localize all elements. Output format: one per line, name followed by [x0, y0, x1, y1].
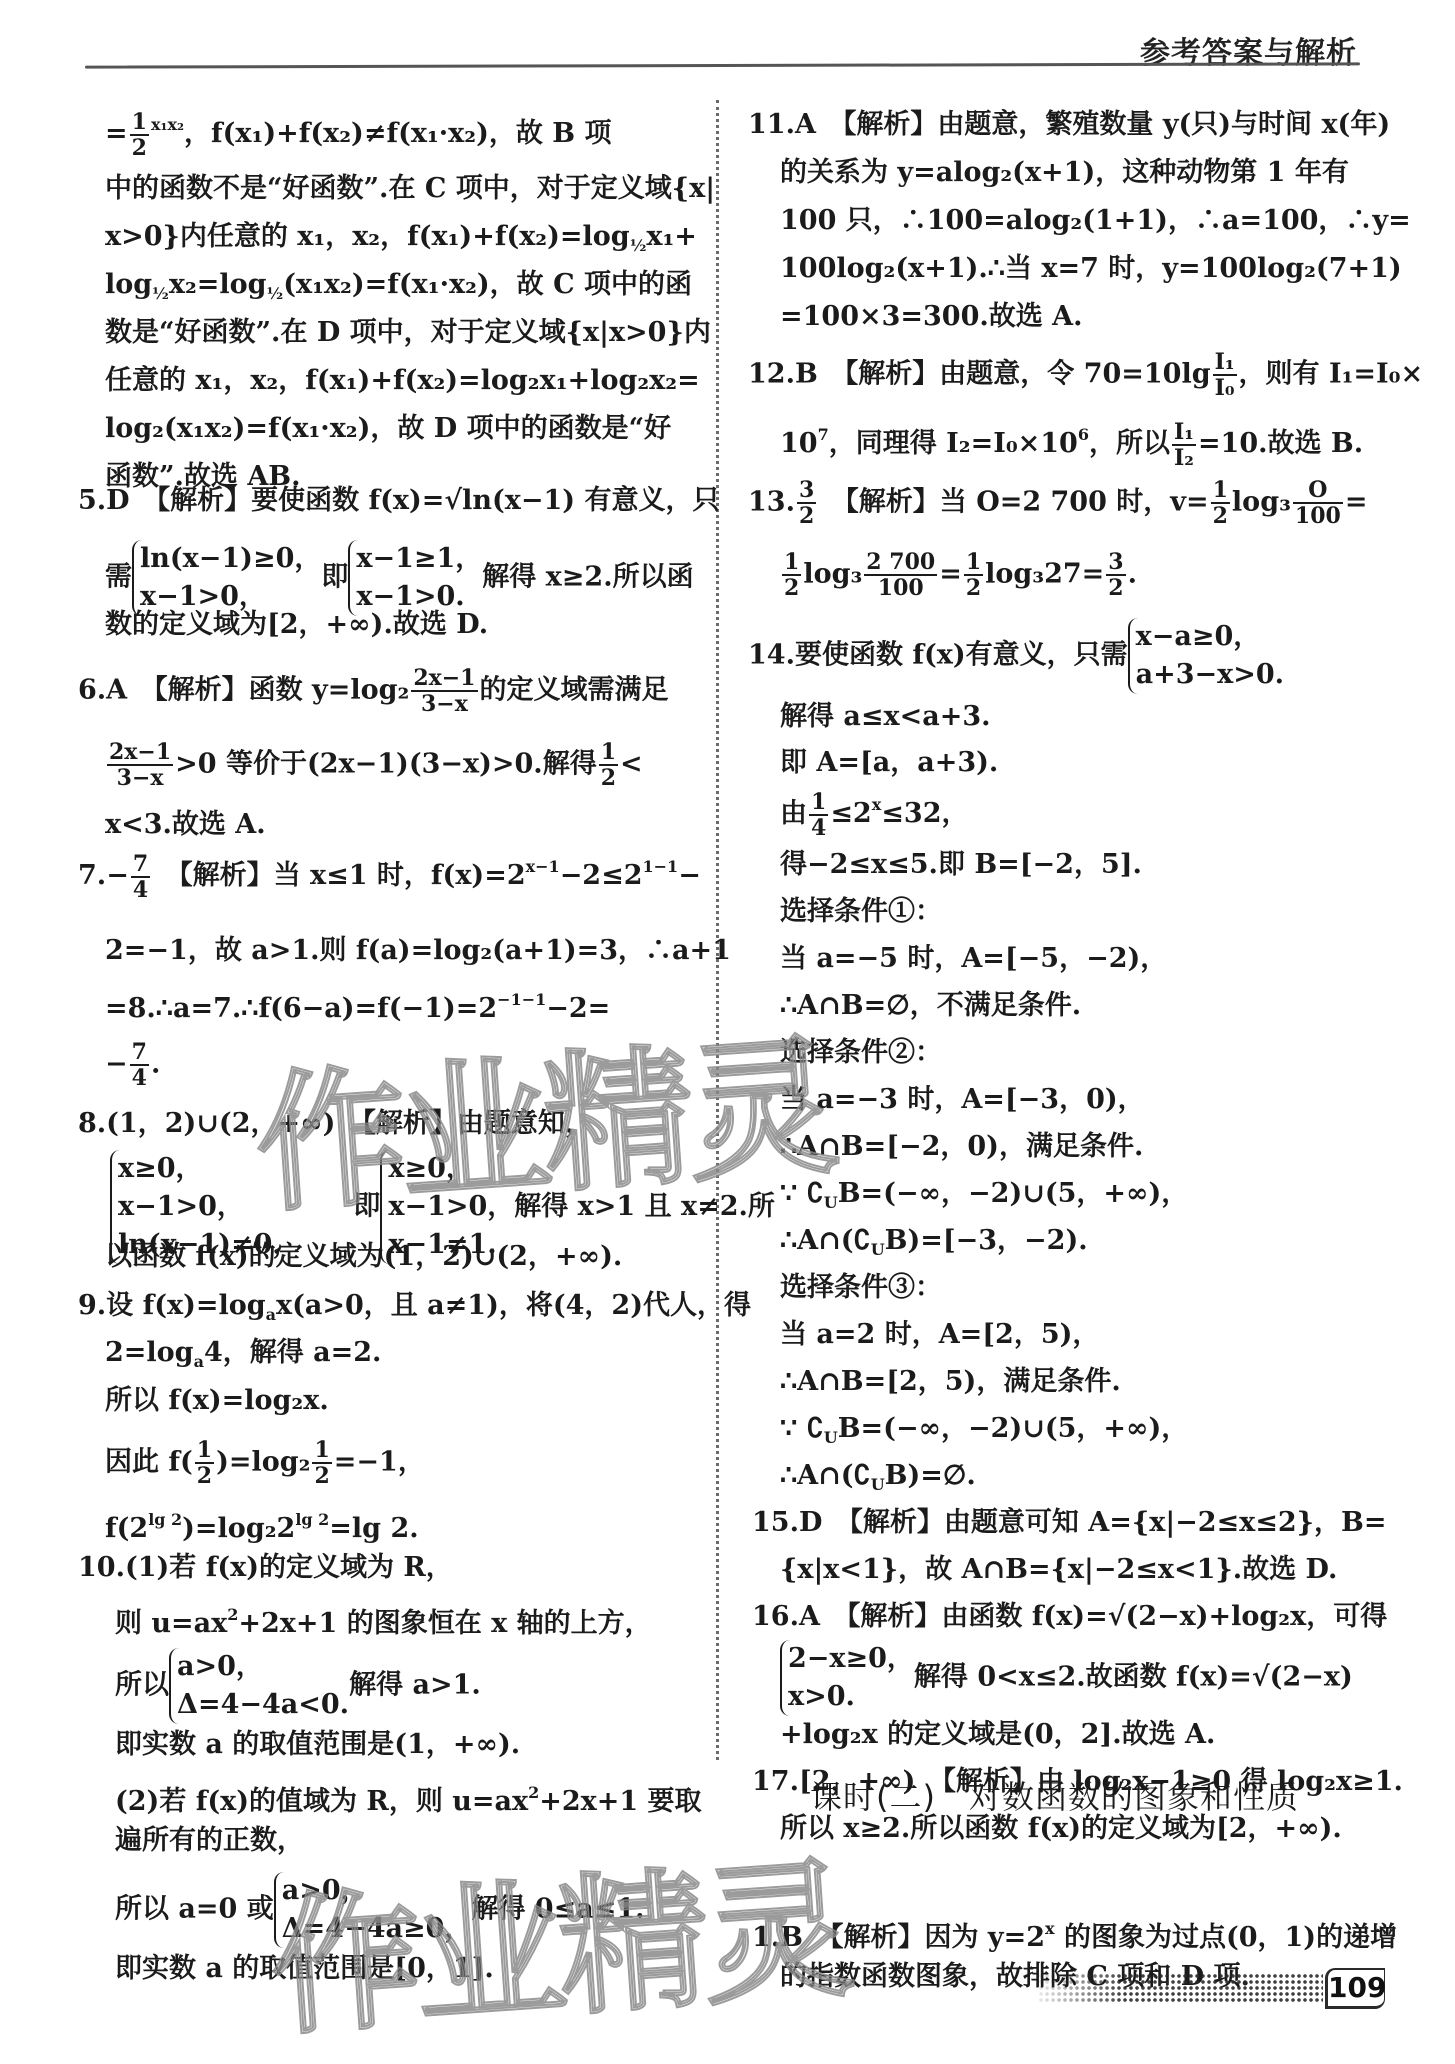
text-run: ≤32，	[881, 798, 968, 829]
text-run: 选择条件③：	[780, 1272, 942, 1303]
text-run: (2)若 f(x)的值域为 R，则 u=ax	[115, 1786, 528, 1817]
text-run: )=log₂2	[182, 1513, 295, 1544]
fraction-numerator: O	[1293, 478, 1343, 504]
fraction: 12	[312, 1438, 331, 1488]
system-lines: ln(x−1)≥0，x−1>0，	[132, 540, 321, 616]
text-run: =	[1345, 487, 1368, 518]
text-run: =100×3=300.故选 A.	[780, 301, 1083, 332]
text-run: 数是“好函数”.在 D 项中，对于定义域{x|x>0}内	[105, 317, 711, 348]
text-run: 任意的 x₁，x₂，f(x₁)+f(x₂)=log₂x₁+log₂x₂=	[105, 365, 700, 396]
text-run: 当 a=−5 时，A=[−5，−2)，	[780, 943, 1167, 974]
text-run: ∴A∩B=[2，5)，满足条件.	[780, 1366, 1121, 1397]
text-line: 当 a=−3 时，A=[−3，0)，	[780, 1083, 1145, 1117]
text-run: 当 O=2 700 时，v=	[940, 487, 1209, 518]
text-run: 当 x≤1 时，f(x)=2	[274, 860, 526, 891]
fraction-denominator: 4	[809, 816, 828, 840]
fraction-denominator: 2	[312, 1464, 331, 1488]
answer-label: 13.	[748, 487, 795, 518]
text-run: .	[151, 1049, 160, 1080]
fraction: 32	[1106, 550, 1125, 600]
text-run: =	[939, 559, 962, 590]
fraction-numerator: 3	[797, 478, 816, 504]
fraction-denominator: 2	[195, 1464, 214, 1488]
fraction-denominator: 100	[864, 576, 937, 600]
answer-label: 16.A 【解析】	[752, 1601, 941, 1632]
text-run: 以函数 f(x)的定义域为(1，2)∪(2，+∞).	[105, 1241, 622, 1272]
fraction-numerator: 1	[809, 790, 828, 816]
text-line: x>0}内任意的 x₁，x₂，f(x₁)+f(x₂)=log½x₁+	[105, 220, 697, 263]
text-line: 9.设 f(x)=logax(a>0，且 a≠1)，将(4，2)代人，得	[78, 1289, 751, 1332]
column-divider	[716, 100, 719, 1760]
equation-system: a>0，Δ=4−4a<0.	[169, 1648, 349, 1724]
text-line: 15.D 【解析】由题意可知 A={x|−2≤x≤2}，B=	[752, 1506, 1387, 1540]
text-line: 107，同理得 I₂=I₀×106，所以I₁I₂=10.故选 B.	[780, 418, 1363, 470]
text-line: 13.32 【解析】当 O=2 700 时，v=12log₃O100=	[748, 478, 1367, 528]
text-line: 数是“好函数”.在 D 项中，对于定义域{x|x>0}内	[105, 316, 711, 350]
text-run: =10.故选 B.	[1198, 428, 1363, 459]
text-run: 选择条件①：	[780, 896, 942, 927]
fraction-numerator: 2x−1	[107, 740, 173, 766]
text-line: 以函数 f(x)的定义域为(1，2)∪(2，+∞).	[105, 1240, 622, 1274]
subscript: U	[824, 1428, 838, 1447]
text-run: (x₁x₂)=f(x₁·x₂)，故 C 项中的函	[283, 269, 692, 300]
text-run: )=log₂	[216, 1447, 310, 1478]
subscript: U	[871, 1475, 885, 1494]
fraction: 74	[131, 852, 150, 902]
fraction-denominator: 2	[797, 504, 816, 528]
text-run: 由题意，繁殖数量 y(只)与时间 x(年)	[937, 109, 1390, 140]
answer-label: 11.A 【解析】	[748, 109, 937, 140]
text-line: 2−x≥0，x>0.解得 0<x≤2.故函数 f(x)=√(2−x)	[780, 1640, 1353, 1716]
fraction: O100	[1293, 478, 1343, 528]
equation-system: ln(x−1)≥0，x−1>0，	[132, 540, 321, 616]
text-run: {x|x<1}，故 A∩B={x|−2≤x<1}.故选 D.	[780, 1554, 1337, 1585]
system-line: x−1>0，解得 x>1 且 x≠2.所	[388, 1188, 775, 1226]
subscript: U	[871, 1240, 885, 1259]
text-run: 9.设 f(x)=log	[78, 1290, 266, 1321]
text-line: 100log₂(x+1).∴当 x=7 时，y=100log₂(7+1)	[780, 252, 1402, 286]
subscript: ½	[152, 284, 169, 303]
text-run: B=(−∞，−2)∪(5，+∞)，	[838, 1413, 1189, 1444]
text-run: 即实数 a 的取值范围是(1，+∞).	[115, 1729, 520, 1760]
text-run: log₂(x₁x₂)=f(x₁·x₂)，故 D 项中的函数是“好	[105, 413, 671, 444]
system-lines: a>0，Δ=4−4a≥0，	[274, 1872, 472, 1948]
text-line: 10.(1)若 f(x)的定义域为 R，	[78, 1551, 453, 1585]
text-run: =−1，	[334, 1447, 425, 1478]
subscript: a	[266, 1305, 276, 1324]
answer-label: 15.D 【解析】	[752, 1507, 944, 1538]
system-line: a>0，	[177, 1648, 349, 1686]
superscript: 6	[1078, 425, 1089, 444]
text-run: 由题意可知 A={x|−2≤x≤2}，B=	[944, 1507, 1387, 1538]
text-run: log₃	[803, 559, 862, 590]
text-run: x<3.故选 A.	[105, 809, 266, 840]
fraction: 12	[1211, 478, 1230, 528]
text-run: −2≤2	[560, 860, 643, 891]
text-run: 数的定义域为[2，+∞).故选 D.	[105, 609, 488, 640]
text-run: −	[105, 1049, 128, 1080]
fraction-numerator: 7	[130, 1040, 149, 1066]
text-run: f(2	[105, 1513, 148, 1544]
system-lines: x−1≥1，x−1>0.	[348, 540, 482, 616]
fraction-denominator: I₀	[1213, 376, 1237, 400]
text-run: =	[105, 118, 128, 149]
text-run: ∴A∩B=∅，不满足条件.	[780, 990, 1081, 1021]
fraction-denominator: 100	[1293, 504, 1343, 528]
text-line: 所以 a=0 或a>0，Δ=4−4a≥0，解得 0≤a≤1.	[115, 1872, 645, 1948]
text-run: 即	[321, 562, 348, 593]
text-run: 解得 0<x≤2.故函数 f(x)=√(2−x)	[914, 1662, 1353, 1693]
text-run: 所以	[115, 1670, 169, 1701]
text-run: 当 a=2 时，A=[2，5)，	[780, 1319, 1099, 1350]
text-line: −74.	[105, 1040, 160, 1090]
text-run: x₁+	[646, 221, 697, 252]
text-run: 要使函数 f(x)=√ln(x−1) 有意义，只	[251, 485, 719, 516]
text-line: 中的函数不是“好函数”.在 C 项中，对于定义域{x|	[105, 172, 715, 206]
text-line: 即 A=[a，a+3).	[780, 746, 998, 780]
fraction-numerator: 2x−1	[411, 666, 477, 692]
fraction-numerator: 1	[782, 550, 801, 576]
text-run: 即	[299, 1191, 380, 1222]
fraction-denominator: 2	[782, 576, 801, 600]
fraction: 12	[130, 110, 149, 160]
text-run: 遍所有的正数，	[115, 1825, 304, 1856]
text-run: 即 A=[a，a+3).	[780, 747, 998, 778]
text-line: f(2lg 2)=log₂2lg 2=lg 2.	[105, 1503, 419, 1546]
fraction: 12	[599, 740, 618, 790]
text-line: 即实数 a 的取值范围是(1，+∞).	[115, 1728, 520, 1762]
subscript: ½	[630, 236, 647, 255]
fraction-denominator: 2	[599, 766, 618, 790]
text-line: 选择条件②：	[780, 1036, 942, 1070]
system-lines: 2−x≥0，x>0.	[780, 1640, 914, 1716]
system-lines: a>0，Δ=4−4a<0.	[169, 1648, 349, 1724]
fraction-numerator: I₁	[1213, 350, 1237, 376]
text-line: 遍所有的正数，	[115, 1824, 304, 1858]
system-line: a+3−x>0.	[1136, 656, 1284, 694]
text-run: 的定义域需满足	[480, 675, 669, 706]
text-run: +2x+1 的图象恒在 x 轴的上方，	[238, 1608, 651, 1639]
text-line: 即实数 a 的取值范围是[0，1].	[115, 1952, 494, 1986]
fraction-numerator: I₁	[1172, 420, 1196, 446]
system-line: x≥0，	[388, 1150, 775, 1188]
text-run: ≤2	[830, 798, 871, 829]
text-line: 当 a=2 时，A=[2，5)，	[780, 1318, 1099, 1352]
text-line: 的关系为 y=alog₂(x+1)，这种动物第 1 年有	[780, 156, 1349, 190]
text-run: 选择条件②：	[780, 1037, 942, 1068]
superscript: x	[1045, 1919, 1055, 1938]
text-run: 由题意，令 70=10lg	[939, 359, 1210, 390]
text-line: =100×3=300.故选 A.	[780, 300, 1083, 334]
text-run: +log₂x 的定义域是(0，2].故选 A.	[780, 1719, 1215, 1750]
equation-system: x−1≥1，x−1>0.	[348, 540, 482, 616]
footer-dot-pattern	[1038, 1973, 1323, 2003]
text-run: −2=	[546, 993, 610, 1024]
text-run: −	[678, 860, 701, 891]
text-run: 需	[105, 562, 132, 593]
text-line: 100 只，∴100=alog₂(1+1)，∴a=100，∴y=	[780, 204, 1411, 238]
superscript: x₁x₂	[151, 115, 184, 134]
text-run: log₃	[1232, 487, 1291, 518]
text-run: <	[620, 749, 643, 780]
page-number: 109	[1325, 1968, 1385, 2009]
subscript: U	[824, 1193, 838, 1212]
answer-label: 【解析】	[152, 860, 274, 891]
text-run: 解得 0≤a≤1.	[471, 1894, 644, 1925]
answer-label: 7.	[78, 860, 106, 891]
text-line: ∵ ∁UB=(−∞，−2)∪(5，+∞)，	[780, 1412, 1188, 1455]
text-run: ∵ ∁	[780, 1178, 824, 1209]
text-run: 由题意知，	[457, 1108, 592, 1139]
text-run: +2x+1 要取	[539, 1786, 701, 1817]
text-run: 即实数 a 的取值范围是[0，1].	[115, 1953, 494, 1984]
fraction: 2x−13−x	[411, 666, 477, 716]
system-line: x−a≥0，	[1136, 618, 1284, 656]
superscript: 2	[528, 1783, 539, 1802]
text-run: 得−2≤x≤5.即 B=[−2，5].	[780, 849, 1142, 880]
system-line: x−1≥1，	[356, 540, 482, 578]
text-line: 2=−1，故 a>1.则 f(a)=log₂(a+1)=3，∴a+1	[105, 934, 731, 968]
text-line: 8.(1，2)∪(2，+∞) 【解析】由题意知，	[78, 1107, 592, 1141]
text-run: ，同理得 I₂=I₀×10	[829, 428, 1078, 459]
text-line: 2=loga4，解得 a=2.	[105, 1336, 381, 1379]
fraction-denominator: 3−x	[411, 692, 477, 716]
fraction-numerator: 1	[195, 1438, 214, 1464]
text-run: x₂=log	[169, 269, 267, 300]
text-line: 11.A 【解析】由题意，繁殖数量 y(只)与时间 x(年)	[748, 108, 1390, 142]
fraction-denominator: 2	[964, 576, 983, 600]
text-run: 100 只，∴100=alog₂(1+1)，∴a=100，∴y=	[780, 205, 1411, 236]
fraction-numerator: 1	[130, 110, 149, 136]
text-line: x<3.故选 A.	[105, 808, 266, 842]
fraction-numerator: 1	[964, 550, 983, 576]
superscript: −1−1	[497, 990, 546, 1009]
text-run: x>0}内任意的 x₁，x₂，f(x₁)+f(x₂)=log	[105, 221, 630, 252]
fraction: 12	[782, 550, 801, 600]
fraction-numerator: 7	[131, 852, 150, 878]
text-line: log₂(x₁x₂)=f(x₁·x₂)，故 D 项中的函数是“好	[105, 412, 671, 446]
text-line: 当 a=−5 时，A=[−5，−2)，	[780, 942, 1167, 976]
fraction-denominator: 4	[131, 878, 150, 902]
text-run: 解得 x≥2.所以函	[482, 562, 693, 593]
text-run: =8.∴a=7.∴f(6−a)=f(−1)=2	[105, 993, 497, 1024]
text-run: 2=log	[105, 1337, 194, 1368]
text-run: ∵ ∁	[780, 1413, 824, 1444]
text-run: log₃27=	[985, 559, 1104, 590]
fraction: I₁I₀	[1213, 350, 1237, 400]
text-run: ，所以	[1089, 428, 1170, 459]
text-run: ，则有 I₁=I₀×	[1239, 359, 1424, 390]
fraction: 12	[195, 1438, 214, 1488]
text-run: >0 等价于(2x−1)(3−x)>0.解得	[175, 749, 597, 780]
system-line: Δ=4−4a<0.	[177, 1686, 349, 1724]
text-run: .	[1128, 559, 1137, 590]
superscript: lg 2	[295, 1510, 329, 1529]
text-run: 的图象为过点(0，1)的递增	[1055, 1922, 1398, 1953]
text-run: 因此 f(	[105, 1447, 193, 1478]
superscript: x−1	[526, 857, 560, 876]
text-run: 由	[780, 798, 807, 829]
text-run: 所以 f(x)=log₂x.	[105, 1385, 329, 1416]
text-line: +log₂x 的定义域是(0，2].故选 A.	[780, 1718, 1215, 1752]
text-run: −	[106, 860, 129, 891]
text-line: 12log₃2 700100=12log₃27=32.	[780, 550, 1137, 600]
text-run: x(a>0，且 a≠1)，将(4，2)代人，得	[276, 1290, 751, 1321]
fraction: 2x−13−x	[107, 740, 173, 790]
text-line: ∵ ∁UB=(−∞，−2)∪(5，+∞)，	[780, 1177, 1188, 1220]
text-line: 12.B 【解析】由题意，令 70=10lgI₁I₀，则有 I₁=I₀×	[748, 350, 1423, 400]
text-line: ∴A∩B=∅，不满足条件.	[780, 989, 1081, 1023]
text-run: 4，解得 a=2.	[204, 1337, 382, 1368]
text-run: 当 a=−3 时，A=[−3，0)，	[780, 1084, 1145, 1115]
text-run: 中的函数不是“好函数”.在 C 项中，对于定义域{x|	[105, 173, 715, 204]
system-line: a>0，	[282, 1872, 472, 1910]
system-line: x−1>0，	[118, 1188, 299, 1226]
text-line: 1.B 【解析】因为 y=2x 的图象为过点(0，1)的递增	[752, 1912, 1397, 1955]
text-run: 100log₂(x+1).∴当 x=7 时，y=100log₂(7+1)	[780, 253, 1402, 284]
fraction-numerator: 3	[1106, 550, 1125, 576]
fraction: 2 700100	[864, 550, 937, 600]
text-run: 因为 y=2	[925, 1922, 1046, 1953]
system-lines: x−a≥0，a+3−x>0.	[1128, 618, 1284, 694]
text-line: 则 u=ax2+2x+1 的图象恒在 x 轴的上方，	[115, 1598, 652, 1641]
text-line: ∴A∩(∁UB)=∅.	[780, 1459, 976, 1502]
text-line: 解得 a≤x<a+3.	[780, 700, 991, 734]
superscript: 2	[227, 1605, 238, 1624]
text-line: {x|x<1}，故 A∩B={x|−2≤x<1}.故选 D.	[780, 1553, 1337, 1587]
text-run: ∴A∩(∁	[780, 1460, 871, 1491]
text-line: 7.−74 【解析】当 x≤1 时，f(x)=2x−1−2≤21−1−	[78, 850, 701, 902]
fraction: 12	[964, 550, 983, 600]
text-run: 14.要使函数 f(x)有意义，只需	[748, 640, 1128, 671]
superscript: x	[872, 795, 882, 814]
text-run: B)=∅.	[885, 1460, 976, 1491]
text-run: B=(−∞，−2)∪(5，+∞)，	[838, 1178, 1189, 1209]
text-run: 所以 a=0 或	[115, 1894, 274, 1925]
answer-label: 6.A 【解析】	[78, 675, 249, 706]
system-line: Δ=4−4a≥0，	[282, 1910, 472, 1948]
system-line: x>0.	[788, 1678, 914, 1716]
text-line: 数的定义域为[2，+∞).故选 D.	[105, 608, 488, 642]
text-line: =12x₁x₂，f(x₁)+f(x₂)≠f(x₁·x₂)，故 B 项	[105, 108, 611, 160]
fraction-numerator: 1	[599, 740, 618, 766]
text-line: 需ln(x−1)≥0，x−1>0，即x−1≥1，x−1>0.解得 x≥2.所以函	[105, 540, 694, 616]
text-run: 的关系为 y=alog₂(x+1)，这种动物第 1 年有	[780, 157, 1349, 188]
text-line: 6.A 【解析】函数 y=log₂2x−13−x的定义域需满足	[78, 666, 669, 716]
answer-page: 参考答案与解析 =12x₁x₂，f(x₁)+f(x₂)≠f(x₁·x₂)，故 B…	[0, 0, 1455, 2064]
text-run: 10	[780, 428, 818, 459]
text-line: 选择条件①：	[780, 895, 942, 929]
text-line: log½x₂=log½(x₁x₂)=f(x₁·x₂)，故 C 项中的函	[105, 268, 692, 311]
subscript: a	[194, 1352, 204, 1371]
text-line: 所以 f(x)=log₂x.	[105, 1384, 329, 1418]
text-run: ∴A∩B=[−2，0)，满足条件.	[780, 1131, 1143, 1162]
answer-label: 1.B 【解析】	[752, 1922, 925, 1953]
fraction-denominator: 2	[1211, 504, 1230, 528]
fraction-denominator: 4	[130, 1066, 149, 1090]
text-line: 得−2≤x≤5.即 B=[−2，5].	[780, 848, 1142, 882]
text-line: 14.要使函数 f(x)有意义，只需x−a≥0，a+3−x>0.	[748, 618, 1284, 694]
system-line: x≥0，	[118, 1150, 299, 1188]
equation-system: 2−x≥0，x>0.	[780, 1640, 914, 1716]
subscript: ½	[267, 284, 284, 303]
text-run: B)=[−3，−2).	[885, 1225, 1088, 1256]
system-line: ln(x−1)≥0，	[140, 540, 321, 578]
text-run: 解得 a≤x<a+3.	[780, 701, 991, 732]
answer-label: 5.D 【解析】	[78, 485, 251, 516]
text-run: 2=−1，故 a>1.则 f(a)=log₂(a+1)=3，∴a+1	[105, 935, 731, 966]
superscript: 7	[818, 425, 829, 444]
fraction-denominator: 2	[1106, 576, 1125, 600]
text-line: ∴A∩B=[−2，0)，满足条件.	[780, 1130, 1143, 1164]
text-run: log	[105, 269, 152, 300]
text-run: 解得 a>1.	[349, 1670, 481, 1701]
fraction-denominator: I₂	[1172, 446, 1196, 470]
text-line: =8.∴a=7.∴f(6−a)=f(−1)=2−1−1−2=	[105, 983, 610, 1026]
answer-label: 【解析】	[818, 487, 940, 518]
equation-system: a>0，Δ=4−4a≥0，	[274, 1872, 472, 1948]
fraction: 74	[130, 1040, 149, 1090]
fraction: I₁I₂	[1172, 420, 1196, 470]
equation-system: x−a≥0，a+3−x>0.	[1128, 618, 1284, 694]
text-run: ，f(x₁)+f(x₂)≠f(x₁·x₂)，故 B 项	[184, 118, 611, 149]
fraction-numerator: 2 700	[864, 550, 937, 576]
fraction-numerator: 1	[312, 1438, 331, 1464]
fraction: 14	[809, 790, 828, 840]
fraction-denominator: 3−x	[107, 766, 173, 790]
text-line: 因此 f(12)=log₂12=−1，	[105, 1438, 425, 1488]
answer-label: 8.(1，2)∪(2，+∞) 【解析】	[78, 1108, 457, 1139]
fraction-numerator: 1	[1211, 478, 1230, 504]
text-line: ∴A∩B=[2，5)，满足条件.	[780, 1365, 1121, 1399]
text-line: 所以a>0，Δ=4−4a<0.解得 a>1.	[115, 1648, 481, 1724]
text-line: 16.A 【解析】由函数 f(x)=√(2−x)+log₂x，可得	[752, 1600, 1387, 1634]
text-line: 5.D 【解析】要使函数 f(x)=√ln(x−1) 有意义，只	[78, 484, 719, 518]
section-title: 课时(二) 对数函数的图象和性质	[810, 1772, 1299, 1818]
text-line: 任意的 x₁，x₂，f(x₁)+f(x₂)=log₂x₁+log₂x₂=	[105, 364, 700, 398]
system-line: 2−x≥0，	[788, 1640, 914, 1678]
text-run: =lg 2.	[329, 1513, 418, 1544]
superscript: lg 2	[148, 1510, 182, 1529]
fraction-denominator: 2	[130, 136, 149, 160]
text-line: 选择条件③：	[780, 1271, 942, 1305]
answer-label: 12.B 【解析】	[748, 359, 939, 390]
text-run: 由函数 f(x)=√(2−x)+log₂x，可得	[941, 1601, 1387, 1632]
text-line: 2x−13−x>0 等价于(2x−1)(3−x)>0.解得12<	[105, 740, 643, 790]
text-run: 则 u=ax	[115, 1608, 227, 1639]
text-run: 10.(1)若 f(x)的定义域为 R，	[78, 1552, 453, 1583]
fraction: 32	[797, 478, 816, 528]
superscript: 1−1	[643, 857, 679, 876]
text-line: 由14≤2x≤32，	[780, 788, 968, 840]
text-line: (2)若 f(x)的值域为 R，则 u=ax2+2x+1 要取	[115, 1776, 702, 1819]
text-run: 函数 y=log₂	[249, 675, 410, 706]
text-line: ∴A∩(∁UB)=[−3，−2).	[780, 1224, 1088, 1267]
text-run: ∴A∩(∁	[780, 1225, 871, 1256]
